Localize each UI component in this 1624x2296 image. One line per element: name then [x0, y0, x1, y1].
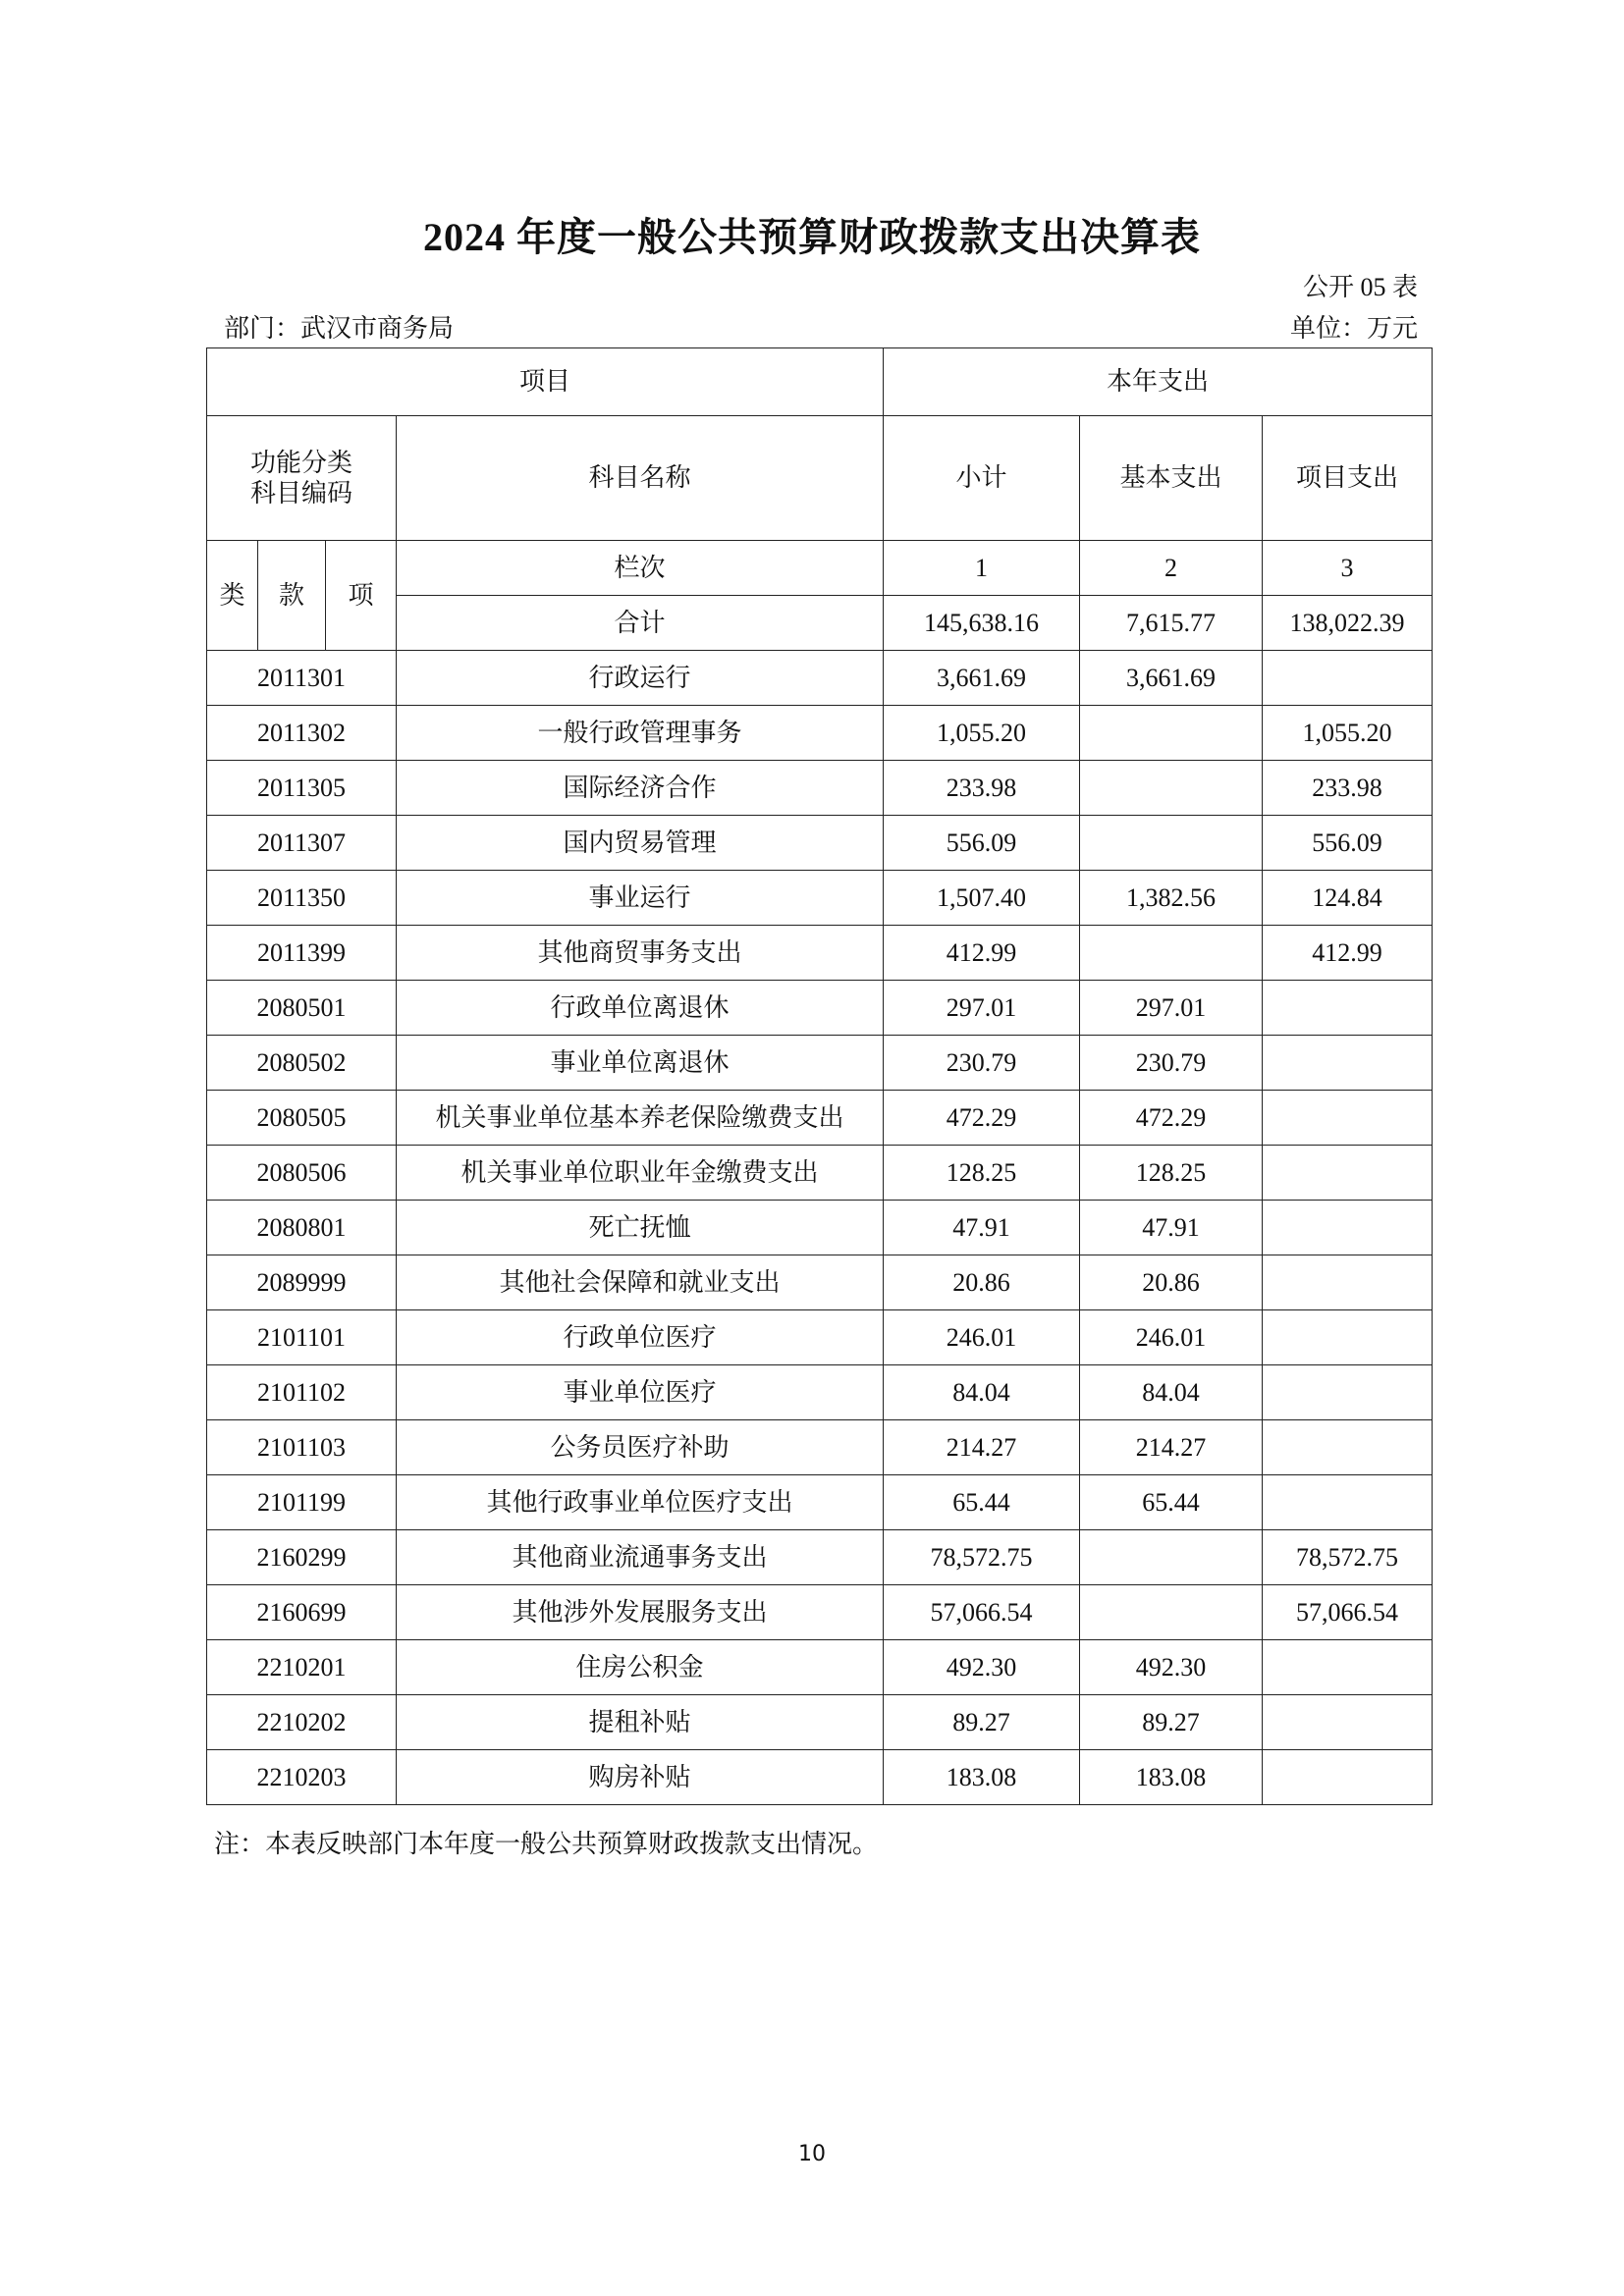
expenditure-table: 项目 本年支出 功能分类 科目编码 科目名称 小计 基本支出 项目支出 类 款 …: [206, 347, 1433, 1805]
row-subtotal: 412.99: [884, 926, 1080, 981]
row-project-expenditure: 78,572.75: [1263, 1530, 1433, 1585]
row-code: 2101199: [207, 1475, 397, 1530]
header-subtotal: 小计: [884, 416, 1080, 541]
row-basic-expenditure: 1,382.56: [1080, 871, 1263, 926]
row-subject-name: 机关事业单位基本养老保险缴费支出: [397, 1091, 884, 1146]
row-code: 2011302: [207, 706, 397, 761]
row-code: 2011307: [207, 816, 397, 871]
row-basic-expenditure: 65.44: [1080, 1475, 1263, 1530]
header-col2: 2: [1080, 541, 1263, 596]
row-code: 2101102: [207, 1365, 397, 1420]
row-code: 2101103: [207, 1420, 397, 1475]
header-section: 款: [258, 541, 326, 651]
row-code: 2210201: [207, 1640, 397, 1695]
table-row: 2011302一般行政管理事务1,055.201,055.20: [207, 706, 1433, 761]
table-row: 2080801死亡抚恤47.9147.91: [207, 1201, 1433, 1255]
header-function-code-line1: 功能分类: [207, 448, 396, 478]
row-subject-name: 其他商贸事务支出: [397, 926, 884, 981]
row-code: 2210203: [207, 1750, 397, 1805]
row-code: 2160299: [207, 1530, 397, 1585]
row-subtotal: 84.04: [884, 1365, 1080, 1420]
table-row: 2160699其他涉外发展服务支出57,066.5457,066.54: [207, 1585, 1433, 1640]
row-basic-expenditure: 128.25: [1080, 1146, 1263, 1201]
row-project-expenditure: [1263, 1255, 1433, 1310]
total-project: 138,022.39: [1263, 596, 1433, 651]
row-subject-name: 事业单位医疗: [397, 1365, 884, 1420]
row-subtotal: 246.01: [884, 1310, 1080, 1365]
row-project-expenditure: [1263, 1365, 1433, 1420]
table-row: 2101102事业单位医疗84.0484.04: [207, 1365, 1433, 1420]
row-basic-expenditure: 297.01: [1080, 981, 1263, 1036]
row-subject-name: 行政运行: [397, 651, 884, 706]
table-row: 2101199其他行政事业单位医疗支出65.4465.44: [207, 1475, 1433, 1530]
row-subject-name: 国内贸易管理: [397, 816, 884, 871]
table-row: 2011301行政运行3,661.693,661.69: [207, 651, 1433, 706]
row-code: 2080506: [207, 1146, 397, 1201]
table-row: 2160299其他商业流通事务支出78,572.7578,572.75: [207, 1530, 1433, 1585]
row-project-expenditure: 57,066.54: [1263, 1585, 1433, 1640]
row-subtotal: 128.25: [884, 1146, 1080, 1201]
row-project-expenditure: [1263, 1420, 1433, 1475]
row-basic-expenditure: 20.86: [1080, 1255, 1263, 1310]
header-subject-name: 科目名称: [397, 416, 884, 541]
row-basic-expenditure: 183.08: [1080, 1750, 1263, 1805]
row-subject-name: 住房公积金: [397, 1640, 884, 1695]
row-code: 2011301: [207, 651, 397, 706]
table-row: 2011307国内贸易管理556.09556.09: [207, 816, 1433, 871]
table-row: 2080505机关事业单位基本养老保险缴费支出472.29472.29: [207, 1091, 1433, 1146]
row-subtotal: 65.44: [884, 1475, 1080, 1530]
row-code: 2080501: [207, 981, 397, 1036]
header-category: 类: [207, 541, 258, 651]
table-row: 2080506机关事业单位职业年金缴费支出128.25128.25: [207, 1146, 1433, 1201]
row-basic-expenditure: [1080, 706, 1263, 761]
row-subtotal: 492.30: [884, 1640, 1080, 1695]
row-project-expenditure: [1263, 1475, 1433, 1530]
row-code: 2160699: [207, 1585, 397, 1640]
row-subject-name: 事业运行: [397, 871, 884, 926]
header-row-1: 项目 本年支出: [207, 348, 1433, 416]
row-code: 2011350: [207, 871, 397, 926]
row-basic-expenditure: 472.29: [1080, 1091, 1263, 1146]
row-project-expenditure: [1263, 651, 1433, 706]
row-project-expenditure: [1263, 1091, 1433, 1146]
table-row: 2011350事业运行1,507.401,382.56124.84: [207, 871, 1433, 926]
header-function-code: 功能分类 科目编码: [207, 416, 397, 541]
row-project-expenditure: 1,055.20: [1263, 706, 1433, 761]
header-project-expenditure: 项目支出: [1263, 416, 1433, 541]
row-code: 2011305: [207, 761, 397, 816]
row-code: 2080505: [207, 1091, 397, 1146]
total-label: 合计: [397, 596, 884, 651]
row-subject-name: 公务员医疗补助: [397, 1420, 884, 1475]
row-code: 2101101: [207, 1310, 397, 1365]
row-subtotal: 1,507.40: [884, 871, 1080, 926]
row-subtotal: 57,066.54: [884, 1585, 1080, 1640]
row-project-expenditure: [1263, 1201, 1433, 1255]
row-project-expenditure: [1263, 1750, 1433, 1805]
row-subtotal: 472.29: [884, 1091, 1080, 1146]
row-subject-name: 其他商业流通事务支出: [397, 1530, 884, 1585]
row-code: 2089999: [207, 1255, 397, 1310]
row-subject-name: 事业单位离退休: [397, 1036, 884, 1091]
table-note: 注：本表反映部门本年度一般公共预算财政拨款支出情况。: [214, 1824, 878, 1860]
row-subject-name: 死亡抚恤: [397, 1201, 884, 1255]
row-subtotal: 78,572.75: [884, 1530, 1080, 1585]
row-subject-name: 其他行政事业单位医疗支出: [397, 1475, 884, 1530]
form-number: 公开 05 表: [1303, 267, 1418, 303]
row-code: 2011399: [207, 926, 397, 981]
department-label: 部门：武汉市商务局: [224, 308, 454, 345]
row-subtotal: 20.86: [884, 1255, 1080, 1310]
row-subtotal: 89.27: [884, 1695, 1080, 1750]
row-project-expenditure: [1263, 1036, 1433, 1091]
header-basic-expenditure: 基本支出: [1080, 416, 1263, 541]
header-project: 项目: [207, 348, 884, 416]
row-subtotal: 297.01: [884, 981, 1080, 1036]
row-subject-name: 其他社会保障和就业支出: [397, 1255, 884, 1310]
row-code: 2210202: [207, 1695, 397, 1750]
row-subject-name: 机关事业单位职业年金缴费支出: [397, 1146, 884, 1201]
row-project-expenditure: [1263, 1310, 1433, 1365]
row-subject-name: 购房补贴: [397, 1750, 884, 1805]
row-basic-expenditure: 89.27: [1080, 1695, 1263, 1750]
row-subject-name: 其他涉外发展服务支出: [397, 1585, 884, 1640]
table-row: 2080502事业单位离退休230.79230.79: [207, 1036, 1433, 1091]
row-basic-expenditure: 3,661.69: [1080, 651, 1263, 706]
row-subtotal: 230.79: [884, 1036, 1080, 1091]
header-row-3: 类 款 项 栏次 1 2 3: [207, 541, 1433, 596]
row-project-expenditure: [1263, 1146, 1433, 1201]
row-project-expenditure: 124.84: [1263, 871, 1433, 926]
row-basic-expenditure: [1080, 761, 1263, 816]
row-basic-expenditure: 214.27: [1080, 1420, 1263, 1475]
table-row: 2011305国际经济合作233.98233.98: [207, 761, 1433, 816]
header-col3: 3: [1263, 541, 1433, 596]
header-current-year-expenditure: 本年支出: [884, 348, 1433, 416]
row-basic-expenditure: [1080, 1585, 1263, 1640]
row-project-expenditure: 556.09: [1263, 816, 1433, 871]
table-row: 2011399其他商贸事务支出412.99412.99: [207, 926, 1433, 981]
row-subtotal: 183.08: [884, 1750, 1080, 1805]
document-title: 2024 年度一般公共预算财政拨款支出决算表: [0, 206, 1624, 262]
table-row: 2210201住房公积金492.30492.30: [207, 1640, 1433, 1695]
row-subtotal: 3,661.69: [884, 651, 1080, 706]
row-subject-name: 行政单位医疗: [397, 1310, 884, 1365]
table-row: 2210202提租补贴89.2789.27: [207, 1695, 1433, 1750]
header-row-2: 功能分类 科目编码 科目名称 小计 基本支出 项目支出: [207, 416, 1433, 541]
table-row: 2101101行政单位医疗246.01246.01: [207, 1310, 1433, 1365]
row-basic-expenditure: [1080, 926, 1263, 981]
table-row: 2080501行政单位离退休297.01297.01: [207, 981, 1433, 1036]
row-subtotal: 47.91: [884, 1201, 1080, 1255]
row-project-expenditure: [1263, 981, 1433, 1036]
row-subtotal: 233.98: [884, 761, 1080, 816]
header-column-index-label: 栏次: [397, 541, 884, 596]
table-row: 2210203购房补贴183.08183.08: [207, 1750, 1433, 1805]
row-code: 2080502: [207, 1036, 397, 1091]
row-subtotal: 214.27: [884, 1420, 1080, 1475]
row-basic-expenditure: [1080, 1530, 1263, 1585]
total-basic: 7,615.77: [1080, 596, 1263, 651]
row-code: 2080801: [207, 1201, 397, 1255]
row-basic-expenditure: [1080, 816, 1263, 871]
row-basic-expenditure: 84.04: [1080, 1365, 1263, 1420]
row-subject-name: 一般行政管理事务: [397, 706, 884, 761]
row-project-expenditure: 412.99: [1263, 926, 1433, 981]
header-item: 项: [326, 541, 397, 651]
row-basic-expenditure: 47.91: [1080, 1201, 1263, 1255]
row-basic-expenditure: 230.79: [1080, 1036, 1263, 1091]
row-subject-name: 行政单位离退休: [397, 981, 884, 1036]
row-subject-name: 提租补贴: [397, 1695, 884, 1750]
unit-label: 单位：万元: [1290, 308, 1418, 345]
row-basic-expenditure: 492.30: [1080, 1640, 1263, 1695]
header-function-code-line2: 科目编码: [207, 478, 396, 508]
row-subtotal: 556.09: [884, 816, 1080, 871]
row-project-expenditure: [1263, 1640, 1433, 1695]
row-subtotal: 1,055.20: [884, 706, 1080, 761]
row-project-expenditure: [1263, 1695, 1433, 1750]
table-row: 2101103公务员医疗补助214.27214.27: [207, 1420, 1433, 1475]
table-row: 2089999其他社会保障和就业支出20.8620.86: [207, 1255, 1433, 1310]
row-project-expenditure: 233.98: [1263, 761, 1433, 816]
header-col1: 1: [884, 541, 1080, 596]
total-subtotal: 145,638.16: [884, 596, 1080, 651]
page-number: 10: [0, 2142, 1624, 2166]
row-basic-expenditure: 246.01: [1080, 1310, 1263, 1365]
row-subject-name: 国际经济合作: [397, 761, 884, 816]
